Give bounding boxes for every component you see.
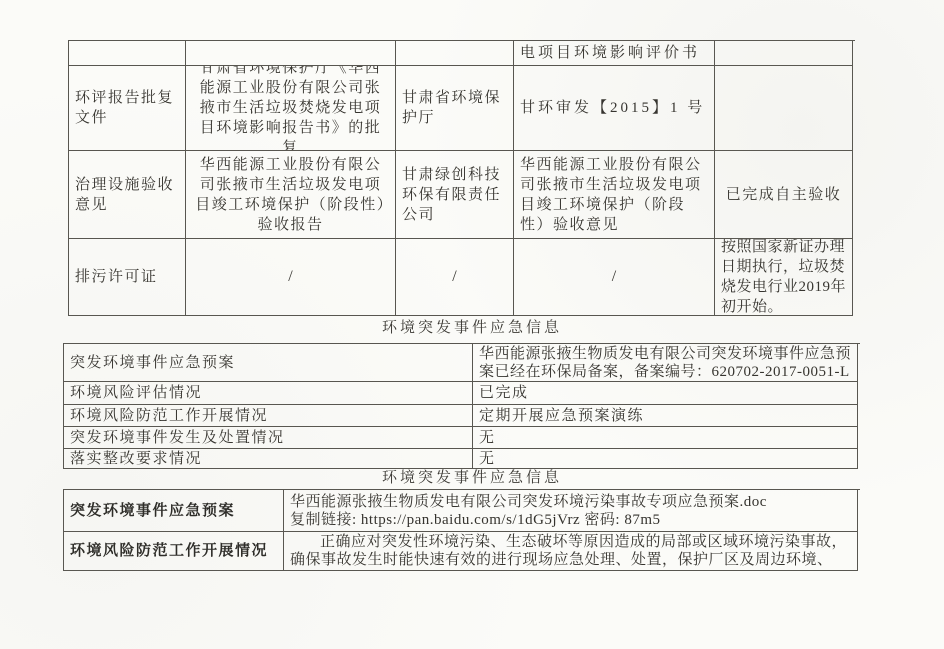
row-label: 环境风险防范工作开展情况 — [64, 532, 284, 571]
permit-result-cell: / — [514, 239, 715, 316]
acceptance-agency: 甘肃绿创科技环保有限责任公司 — [396, 151, 514, 239]
row-label: 落实整改要求情况 — [64, 449, 473, 469]
rectification-status: 无 — [473, 449, 858, 469]
row-label: 突发环境事件应急预案 — [64, 344, 473, 382]
pan-baidu-link-text: 复制链接: https://pan.baidu.com/s/1dG5jVrz 密… — [290, 511, 851, 529]
cont-result-cell: 电项目环境影响评价书 — [514, 41, 715, 66]
emergency-plan-title: 环境突发事件应急信息 — [0, 468, 944, 488]
incident-handling-status: 无 — [473, 427, 858, 449]
eia-approval-agency: 甘肃省环境保护厅 — [396, 66, 514, 151]
emergency-plan-table: 突发环境事件应急预案 华西能源张掖生物质发电有限公司突发环境污染事故专项应急预案… — [63, 489, 860, 571]
plan-document-cell: 华西能源张掖生物质发电有限公司突发环境污染事故专项应急预案.doc 复制链接: … — [284, 490, 858, 532]
row-label: 排污许可证 — [69, 239, 186, 316]
plan-doc-filename: 华西能源张掖生物质发电有限公司突发环境污染事故专项应急预案.doc — [290, 493, 851, 511]
emergency-plan-filing: 华西能源张掖生物质发电有限公司突发环境事件应急预案已经在环保局备案，备案编号：6… — [473, 344, 858, 382]
risk-prevention-status: 定期开展应急预案演练 — [473, 405, 858, 427]
cont-label-cell — [69, 41, 186, 66]
eia-approval-document: 甘肃省环境保护厅《华西能源工业股份有限公司张掖市生活垃圾焚烧发电项目环境影响报告… — [186, 66, 396, 151]
approval-table: 电项目环境影响评价书 环评报告批复文件 甘肃省环境保护厅《华西能源工业股份有限公… — [68, 40, 855, 316]
acceptance-report: 华西能源工业股份有限公司张掖市生活垃圾发电项目竣工环境保护（阶段性）验收报告 — [186, 151, 396, 239]
risk-prevention-detail-cell: 正确应对突发性环境污染、生态破坏等原因造成的局部或区域环境污染事故，确保事故发生… — [284, 532, 858, 571]
row-label: 治理设施验收意见 — [69, 151, 186, 239]
risk-assessment-status: 已完成 — [473, 382, 858, 405]
acceptance-status: 已完成自主验收 — [715, 151, 853, 239]
row-label: 环境风险防范工作开展情况 — [64, 405, 473, 427]
eia-approval-number: 甘环审发【2015】1 号 — [514, 66, 715, 151]
cont-note-cell — [715, 41, 853, 66]
row-label: 突发环境事件应急预案 — [64, 490, 284, 532]
risk-prevention-paragraph: 正确应对突发性环境污染、生态破坏等原因造成的局部或区域环境污染事故，确保事故发生… — [290, 533, 851, 569]
cont-agency-cell — [396, 41, 514, 66]
row-label: 突发环境事件发生及处置情况 — [64, 427, 473, 449]
cont-document-cell — [186, 41, 396, 66]
permit-agency-cell: / — [396, 239, 514, 316]
row-label: 环境风险评估情况 — [64, 382, 473, 405]
acceptance-opinion: 华西能源工业股份有限公司张掖市生活垃圾发电项目竣工环境保护（阶段性）验收意见 — [514, 151, 715, 239]
eia-approval-note — [715, 66, 853, 151]
row-label: 环评报告批复文件 — [69, 66, 186, 151]
permit-document-cell: / — [186, 239, 396, 316]
emergency-info-table: 突发环境事件应急预案 华西能源张掖生物质发电有限公司突发环境事件应急预案已经在环… — [63, 343, 860, 469]
emergency-info-title: 环境突发事件应急信息 — [0, 318, 944, 338]
permit-note: 按照国家新证办理日期执行，垃圾焚烧发电行业2019年初开始。 — [715, 239, 853, 316]
